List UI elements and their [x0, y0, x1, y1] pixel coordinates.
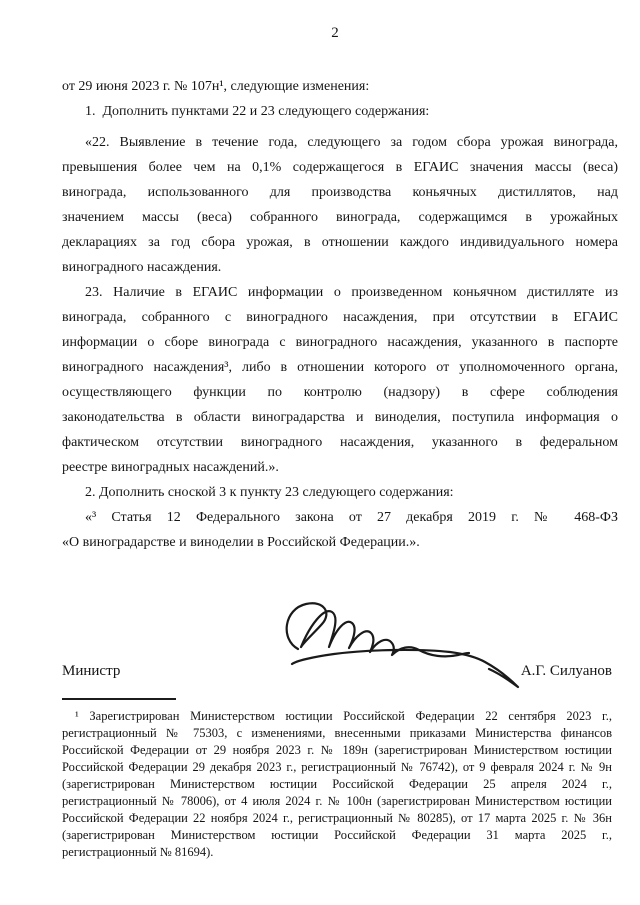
footnote-line: регистрационный № 81694).: [62, 844, 612, 861]
handwritten-signature-icon: [282, 597, 522, 692]
intro-line: от 29 июня 2023 г. № 107н¹, следующие из…: [62, 74, 618, 99]
clause-23-line: информации о сборе винограда с виноградн…: [62, 330, 618, 355]
clause-23-line: законодательства в области виноградарств…: [62, 405, 618, 430]
clause-22-line: виноградного насаждения.: [62, 255, 618, 280]
amendment-item-2: 2. Дополнить сноской 3 к пункту 23 следу…: [62, 480, 618, 505]
clause-23-line: фактическом отсутствии виноградного наса…: [62, 430, 618, 455]
footnote-separator: [62, 698, 176, 700]
clause-23-line: осуществляющего функции по контролю (над…: [62, 380, 618, 405]
footnote-line: ¹ Зарегистрирован Министерством юстиции …: [62, 708, 612, 725]
clause-22-line: превышения более чем на 0,1% содержащего…: [62, 155, 618, 180]
clause-23-line: реестре виноградных насаждений.».: [62, 455, 618, 480]
clause-23-line: виноградного насаждения³, либо в отношен…: [62, 355, 618, 380]
footnote-line: Российской Федерации от 29 ноября 2023 г…: [62, 742, 612, 759]
footnote-line: Российской Федерации 29 декабря 2023 г.,…: [62, 759, 612, 776]
amendment-item-1: 1. Дополнить пунктами 22 и 23 следующего…: [62, 99, 618, 124]
minister-name: А.Г. Силуанов: [521, 663, 612, 680]
footnote-3-text-line: «О виноградарстве и виноделии в Российск…: [62, 530, 618, 555]
footnote-line: (зарегистрирован Министерством юстиции Р…: [62, 776, 612, 793]
document-page: 2 от 29 июня 2023 г. № 107н¹, следующие …: [0, 0, 640, 905]
clause-22-line: декларациях за год сбора урожая, в отнош…: [62, 230, 618, 255]
clause-22-line: винограда, использованного для производс…: [62, 180, 618, 205]
page-number: 2: [0, 25, 640, 42]
clause-22-line: «22. Выявление в течение года, следующег…: [62, 130, 618, 155]
minister-title: Министр: [62, 663, 120, 680]
registration-footnote: ¹ Зарегистрирован Министерством юстиции …: [62, 708, 612, 861]
footnote-3-text-line: «³ Статья 12 Федерального закона от 27 д…: [62, 505, 618, 530]
footnote-line: регистрационный № 75303, с изменениями, …: [62, 725, 612, 742]
footnote-line: Российской Федерации 22 ноября 2024 г., …: [62, 810, 612, 827]
footnote-line: регистрационный № 78006), от 4 июля 2024…: [62, 793, 612, 810]
footnote-line: (зарегистрирован Министерством юстиции Р…: [62, 827, 612, 844]
document-body: от 29 июня 2023 г. № 107н¹, следующие из…: [62, 74, 618, 555]
clause-23-line: 23. Наличие в ЕГАИС информации о произве…: [62, 280, 618, 305]
clause-22-line: значением массы (веса) собранного виногр…: [62, 205, 618, 230]
clause-23-line: винограда, собранного с виноградного нас…: [62, 305, 618, 330]
